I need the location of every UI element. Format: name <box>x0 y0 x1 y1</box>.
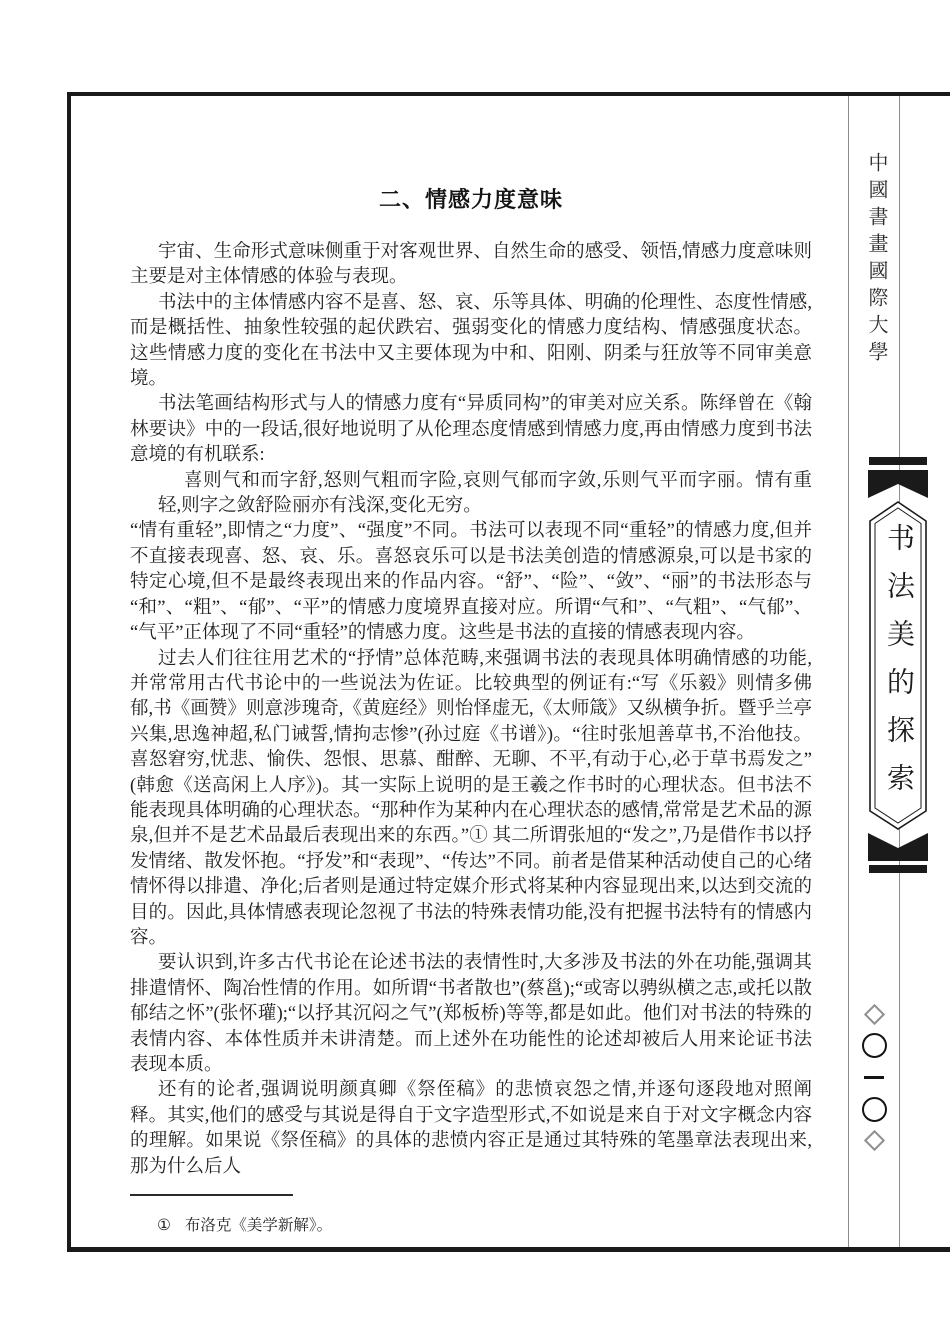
footnote: ①布洛克《美学新解》。 <box>157 1213 812 1235</box>
series-ribbon: 书法美的探索 <box>868 455 928 875</box>
page-content: 二、情感力度意味 宇宙、生命形式意味侧重于对客观世界、自然生命的感受、领悟,情感… <box>130 183 812 1235</box>
footnote-text: 布洛克《美学新解》。 <box>185 1217 332 1234</box>
sidebar-rule-left <box>848 96 849 1247</box>
ribbon-banner-top <box>868 470 928 498</box>
footnote-marker: ① <box>157 1217 171 1234</box>
section-title: 二、情感力度意味 <box>130 183 812 214</box>
digit-one-icon <box>864 1076 884 1079</box>
page-number <box>862 1004 886 1151</box>
paragraph: 要认识到,许多古代书论在论述书法的表情性时,大多涉及书法的外在功能,强调其排遣情… <box>130 951 812 1078</box>
digit-zero-icon <box>862 1097 887 1122</box>
footnote-divider <box>130 1194 293 1196</box>
frame-border-left <box>67 92 71 1252</box>
diamond-ornament-icon <box>863 1004 884 1025</box>
body-text: 宇宙、生命形式意味侧重于对客观世界、自然生命的感受、领悟,情感力度意味则主要是对… <box>130 240 812 1180</box>
book-page: 二、情感力度意味 宇宙、生命形式意味侧重于对客观世界、自然生命的感受、领悟,情感… <box>0 0 950 1344</box>
frame-border-bottom <box>67 1247 950 1252</box>
paragraph: 过去人们往往用艺术的“抒情”总体范畴,来强调书法的表现具体明确情感的功能,并常常… <box>130 647 812 952</box>
ribbon-bottom-bar <box>869 865 927 873</box>
diamond-ornament-icon <box>863 1130 884 1151</box>
paragraph: 书法笔画结构形式与人的情感力度有“异质同构”的审美对应关系。陈绎曾在《翰林要诀》… <box>130 392 812 468</box>
frame-border-top <box>67 92 950 96</box>
paragraph: 书法中的主体情感内容不是喜、怒、哀、乐等具体、明确的伦理性、态度性情感,而是概括… <box>130 291 812 393</box>
ribbon-banner-bottom <box>868 833 928 861</box>
book-title: 书法美的探索 <box>878 523 918 811</box>
paragraph: 还有的论者,强调说明颜真卿《祭侄稿》的悲愤哀怨之情,并逐句逐段地对照阐释。其实,… <box>130 1078 812 1180</box>
block-quote: 喜则气和而字舒,怒则气粗而字险,哀则气郁而字敛,乐则气平而字丽。情有重轻,则字之… <box>158 469 812 520</box>
paragraph: “情有重轻”,即情之“力度”、“强度”不同。书法可以表现不同“重轻”的情感力度,… <box>130 519 812 646</box>
sidebar-institution: 中國書畫國際大學 <box>862 152 891 392</box>
ribbon-top-bar <box>869 457 927 465</box>
paragraph: 宇宙、生命形式意味侧重于对客观世界、自然生命的感受、领悟,情感力度意味则主要是对… <box>130 240 812 291</box>
digit-zero-icon <box>862 1033 887 1058</box>
